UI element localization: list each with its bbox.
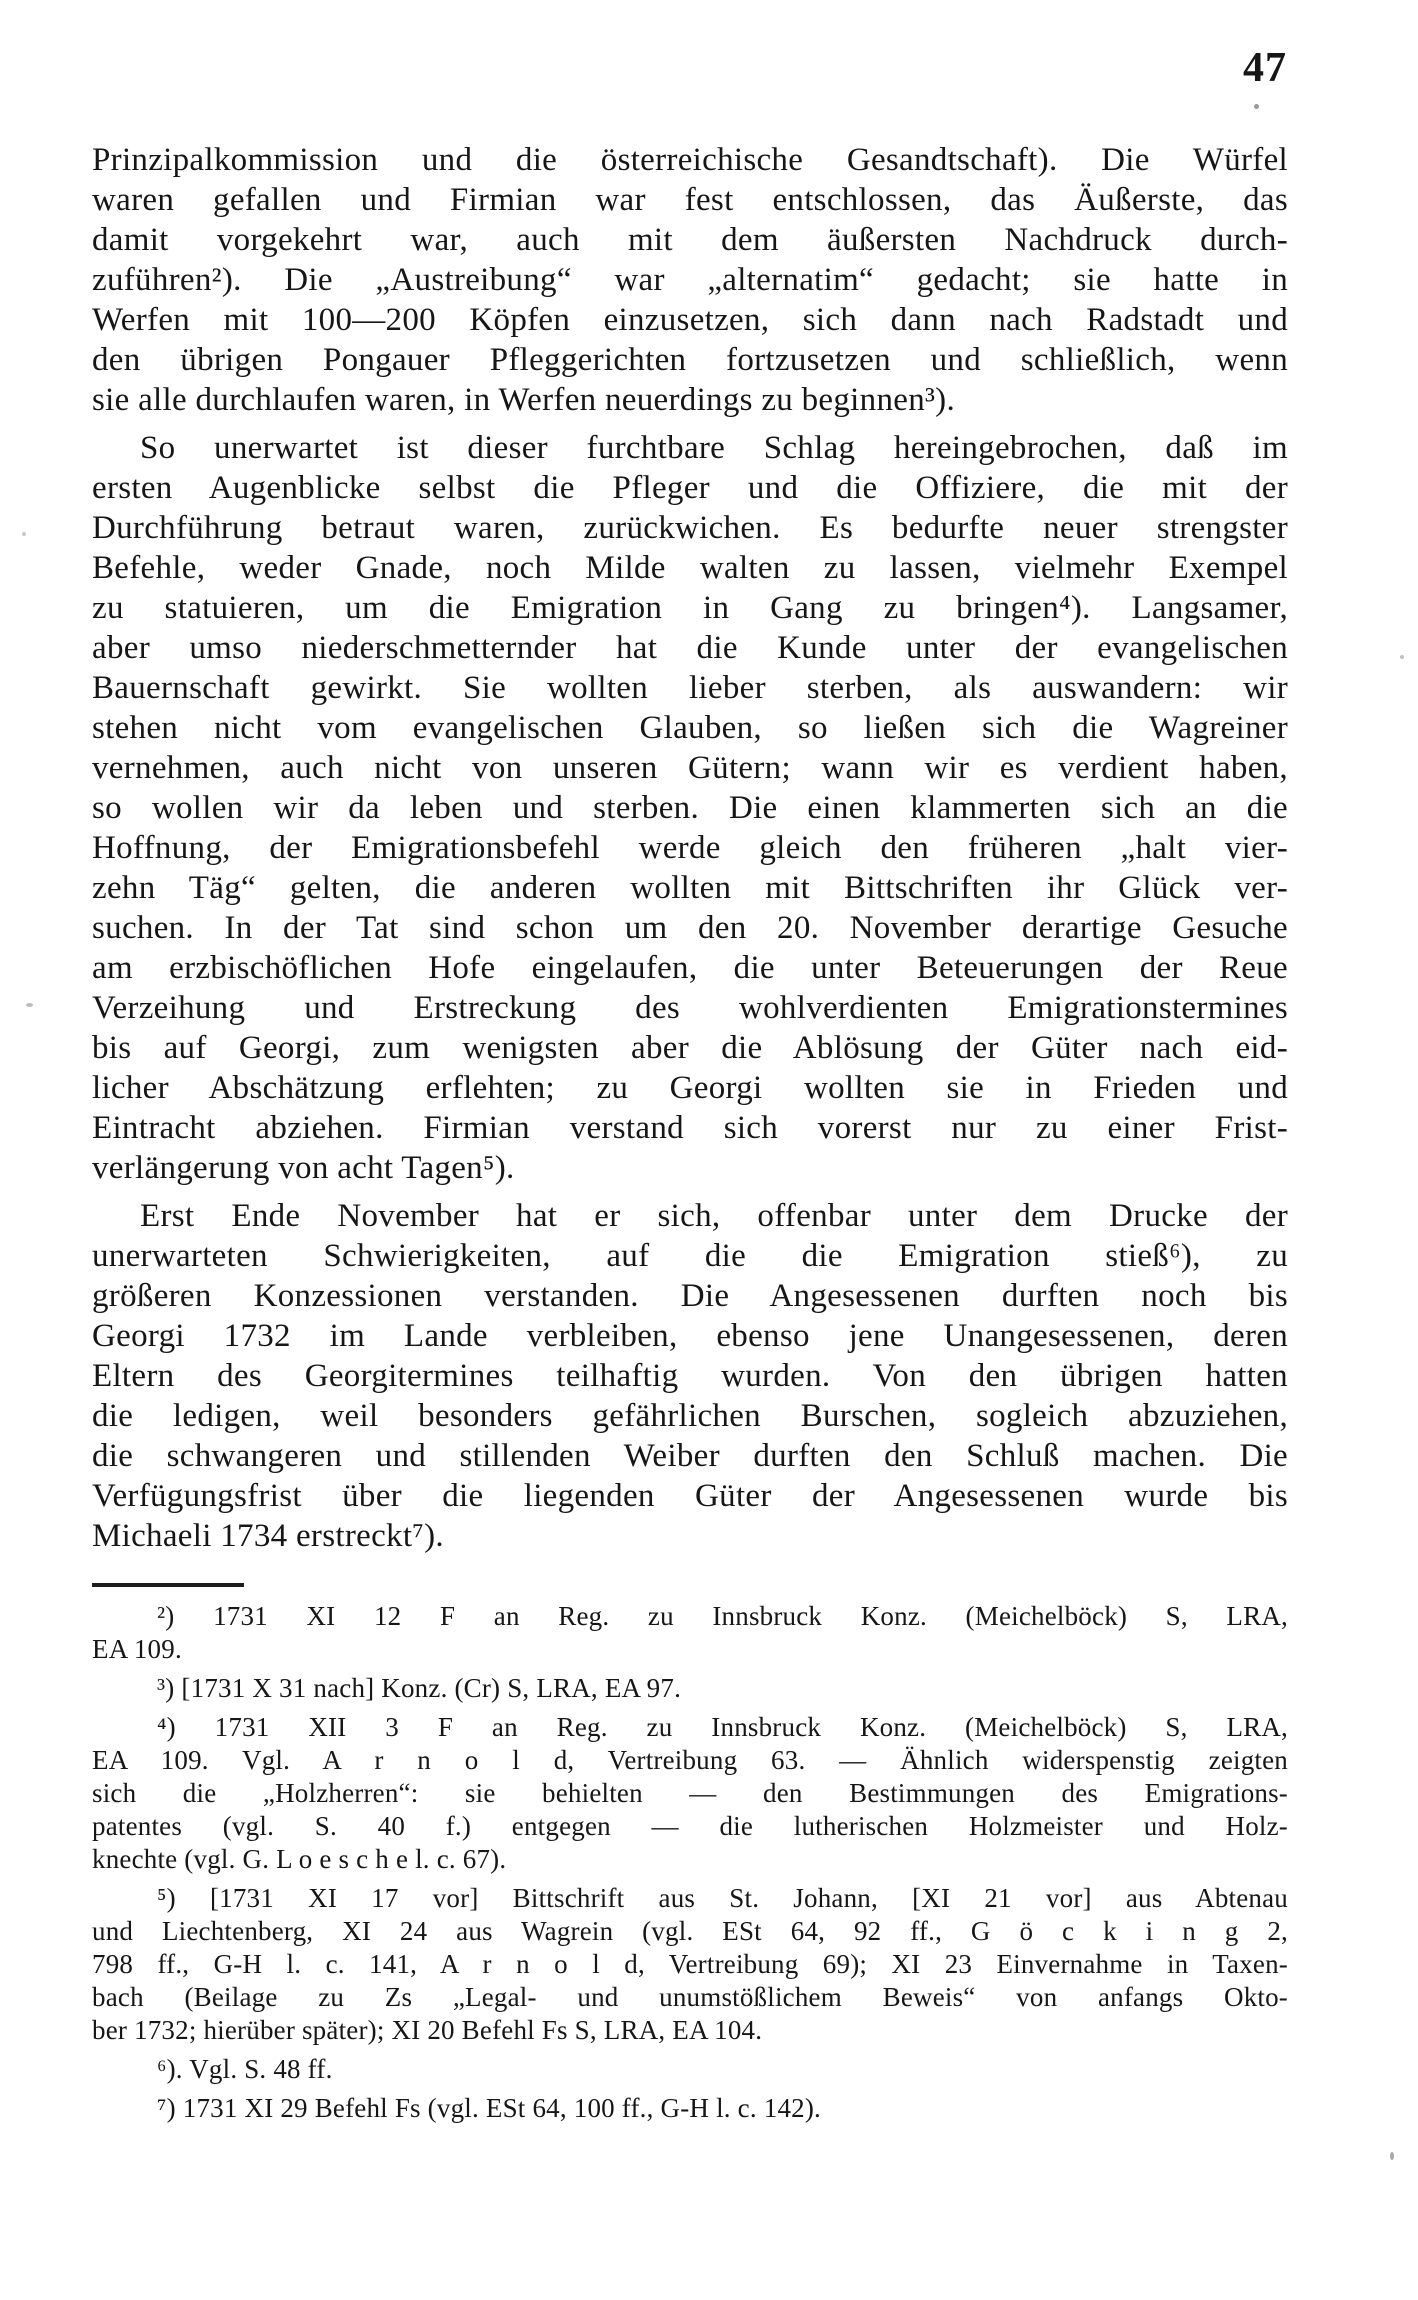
text-line: ⁴) 1731 XII 3 F an Reg. zu Innsbruck Kon… [92,1711,1288,1744]
page-number: 47 [1243,44,1287,92]
scan-speck [26,1003,33,1007]
scan-speck [22,532,26,536]
text-line: Bauernschaft gewirkt. Sie wollten lieber… [92,668,1288,708]
text-line: so wollen wir da leben und sterben. Die … [92,788,1288,828]
text-line: die ledigen, weil besonders gefährlichen… [92,1396,1288,1436]
text-line: zehn Täg“ gelten, die anderen wollten mi… [92,868,1288,908]
text-line: Befehle, weder Gnade, noch Milde walten … [92,548,1288,588]
footnote-separator-rule [92,1583,244,1587]
text-line: und Liechtenberg, XI 24 aus Wagrein (vgl… [92,1915,1288,1948]
footnote-5: ⁵) [1731 XI 17 vor] Bittschrift aus St. … [92,1882,1288,2047]
footnote-6: ⁶). Vgl. S. 48 ff. [92,2053,1288,2086]
text-line: bach (Beilage zu Zs „Legal- und unumstöß… [92,1981,1288,2014]
footnotes-section: ²) 1731 XI 12 F an Reg. zu Innsbruck Kon… [92,1600,1288,2131]
text-line: aber umso niederschmetternder hat die Ku… [92,628,1288,668]
text-line: zu statuieren, um die Emigration in Gang… [92,588,1288,628]
text-line: am erzbischöflichen Hofe eingelaufen, di… [92,948,1288,988]
text-line: zuführen²). Die „Austreibung“ war „alter… [92,260,1288,300]
scan-speck [1254,104,1259,109]
scan-speck [1390,2152,1394,2160]
text-line: sie alle durchlaufen waren, in Werfen ne… [92,380,1288,420]
text-line: Verzeihung und Erstreckung des wohlverdi… [92,988,1288,1028]
scan-speck [1400,655,1404,659]
body-text: Prinzipalkommission und die österreichis… [92,140,1288,1556]
text-line: größeren Konzessionen verstanden. Die An… [92,1276,1288,1316]
text-line: licher Abschätzung erflehten; zu Georgi … [92,1068,1288,1108]
footnote-7: ⁷) 1731 XI 29 Befehl Fs (vgl. ESt 64, 10… [92,2092,1288,2125]
text-line: Werfen mit 100—200 Köpfen einzusetzen, s… [92,300,1288,340]
text-line: Michaeli 1734 erstreckt⁷). [92,1516,1288,1556]
text-line: sich die „Holzherren“: sie behielten — d… [92,1777,1288,1810]
text-line: Eltern des Georgitermines teilhaftig wur… [92,1356,1288,1396]
paragraph-2: So unerwartet ist dieser furchtbare Schl… [92,428,1288,1188]
text-line: patentes (vgl. S. 40 f.) entgegen — die … [92,1810,1288,1843]
paragraph-3: Erst Ende November hat er sich, offenbar… [92,1196,1288,1556]
text-line: Erst Ende November hat er sich, offenbar… [92,1196,1288,1236]
text-line: ²) 1731 XI 12 F an Reg. zu Innsbruck Kon… [92,1600,1288,1633]
text-line: die schwangeren und stillenden Weiber du… [92,1436,1288,1476]
text-line: ⁷) 1731 XI 29 Befehl Fs (vgl. ESt 64, 10… [92,2092,1288,2125]
text-line: Durchführung betraut waren, zurückwichen… [92,508,1288,548]
text-line: ⁶). Vgl. S. 48 ff. [92,2053,1288,2086]
text-line: Prinzipalkommission und die österreichis… [92,140,1288,180]
text-line: So unerwartet ist dieser furchtbare Schl… [92,428,1288,468]
footnote-4: ⁴) 1731 XII 3 F an Reg. zu Innsbruck Kon… [92,1711,1288,1876]
paragraph-1: Prinzipalkommission und die österreichis… [92,140,1288,420]
text-line: den übrigen Pongauer Pfleggerichten fort… [92,340,1288,380]
text-line: suchen. In der Tat sind schon um den 20.… [92,908,1288,948]
text-line: ersten Augenblicke selbst die Pfleger un… [92,468,1288,508]
text-line: unerwarteten Schwierigkeiten, auf die di… [92,1236,1288,1276]
text-line: bis auf Georgi, zum wenigsten aber die A… [92,1028,1288,1068]
text-line: Hoffnung, der Emigrationsbefehl werde gl… [92,828,1288,868]
text-line: ³) [1731 X 31 nach] Konz. (Cr) S, LRA, E… [92,1672,1288,1705]
text-line: knechte (vgl. G. L o e s c h e l. c. 67)… [92,1843,1288,1876]
text-line: ⁵) [1731 XI 17 vor] Bittschrift aus St. … [92,1882,1288,1915]
text-line: damit vorgekehrt war, auch mit dem äußer… [92,220,1288,260]
text-line: verlängerung von acht Tagen⁵). [92,1148,1288,1188]
text-line: ber 1732; hierüber später); XI 20 Befehl… [92,2014,1288,2047]
text-line: Georgi 1732 im Lande verbleiben, ebenso … [92,1316,1288,1356]
text-line: EA 109. [92,1633,1288,1666]
text-line: 798 ff., G-H l. c. 141, A r n o l d, Ver… [92,1948,1288,1981]
text-line: waren gefallen und Firmian war fest ents… [92,180,1288,220]
text-line: vernehmen, auch nicht von unseren Gütern… [92,748,1288,788]
text-line: EA 109. Vgl. A r n o l d, Vertreibung 63… [92,1744,1288,1777]
text-line: stehen nicht vom evangelischen Glauben, … [92,708,1288,748]
scanned-book-page: 47 Prinzipalkommission und die österreic… [0,0,1418,2300]
text-line: Eintracht abziehen. Firmian verstand sic… [92,1108,1288,1148]
footnote-3: ³) [1731 X 31 nach] Konz. (Cr) S, LRA, E… [92,1672,1288,1705]
footnote-2: ²) 1731 XI 12 F an Reg. zu Innsbruck Kon… [92,1600,1288,1666]
text-line: Verfügungsfrist über die liegenden Güter… [92,1476,1288,1516]
